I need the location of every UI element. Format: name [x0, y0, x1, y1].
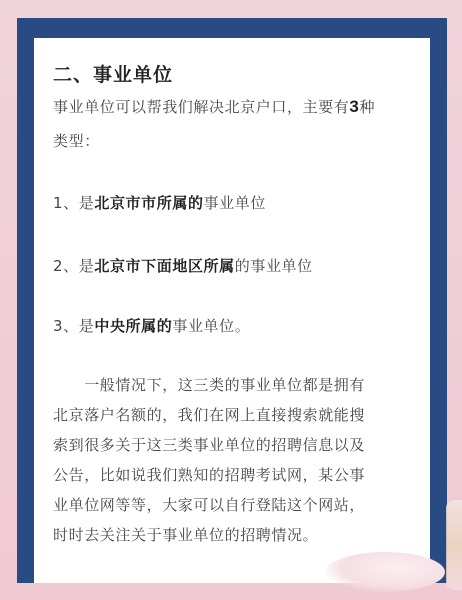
list-item-3: 3、是中央所属的事业单位。	[53, 315, 250, 336]
section-heading: 二、事业单位	[53, 60, 173, 87]
intro-line-2: 类型：	[53, 130, 100, 151]
intro-text-end: 种	[359, 98, 375, 116]
item-prefix: 3、是	[53, 317, 94, 335]
frame-right-border	[430, 18, 447, 583]
paragraph-line-5: 业单位网等等，大家可以自行登陆这个网站，	[53, 494, 365, 515]
frame-left-border	[17, 18, 34, 583]
item-suffix: 事业单位	[204, 194, 266, 212]
list-item-2: 2、是北京市下面地区所属的事业单位	[53, 255, 313, 276]
paragraph-line-4: 公告，比如说我们熟知的招聘考试网，某公事	[53, 464, 365, 485]
item-prefix: 1、是	[53, 194, 94, 212]
decorative-flower-bottom	[325, 552, 445, 592]
paragraph-line-2: 北京落户名额的，我们在网上直接搜索就能搜	[53, 404, 365, 425]
decorative-flower-right	[446, 500, 462, 590]
intro-line-1: 事业单位可以帮我们解决北京户口，主要有3种	[53, 96, 375, 117]
paragraph-line-6: 时时去关注关于事业单位的招聘情况。	[53, 524, 318, 545]
item-suffix: 事业单位。	[172, 317, 250, 335]
paragraph-line-1: 一般情况下，这三类的事业单位都是拥有	[53, 374, 365, 395]
item-emphasis: 北京市下面地区所属	[94, 257, 234, 275]
intro-text: 事业单位可以帮我们解决北京户口，主要有	[53, 98, 349, 116]
list-item-1: 1、是北京市市所属的事业单位	[53, 192, 266, 213]
item-suffix: 的事业单位	[235, 257, 313, 275]
type-count: 3	[349, 97, 359, 116]
item-prefix: 2、是	[53, 257, 94, 275]
frame-top-border	[17, 18, 447, 38]
item-emphasis: 中央所属的	[94, 317, 172, 335]
paragraph-line-3: 索到很多关于这三类事业单位的招聘信息以及	[53, 434, 365, 455]
item-emphasis: 北京市市所属的	[94, 194, 203, 212]
